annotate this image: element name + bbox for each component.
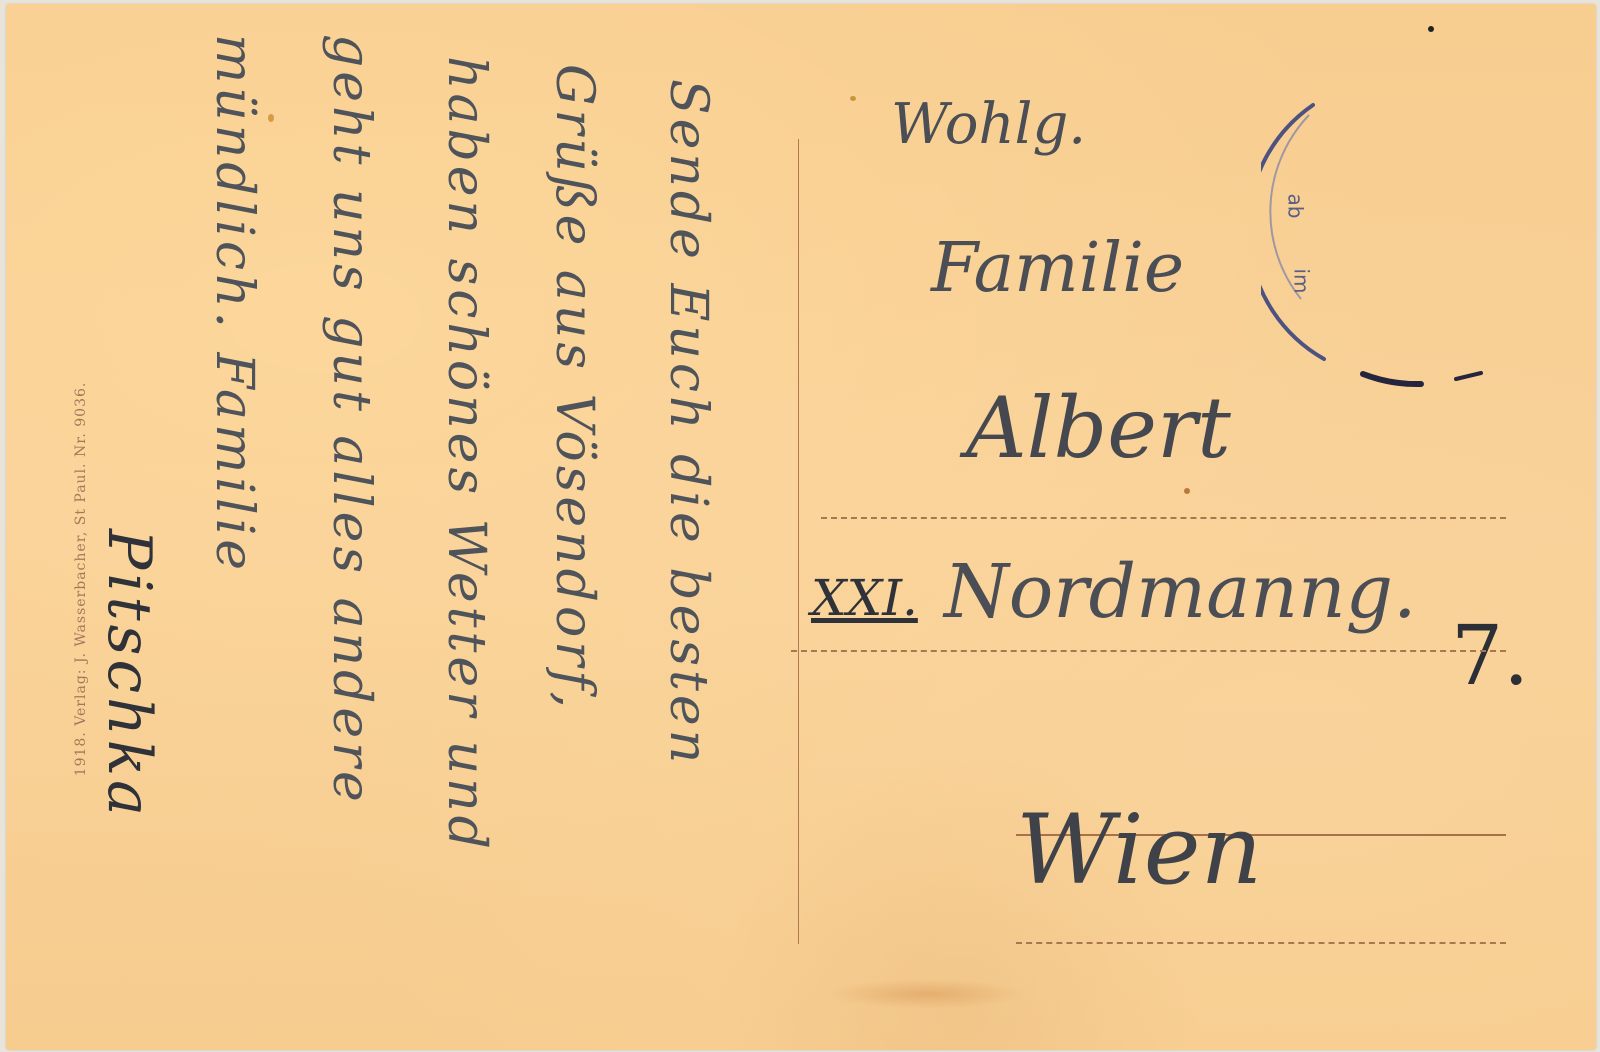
signature: Pitschka bbox=[94, 529, 164, 820]
address-rule-2 bbox=[791, 650, 1506, 652]
address-street: Nordmanng. bbox=[944, 549, 1417, 635]
address-salutation: Wohlg. bbox=[891, 92, 1086, 157]
message-line-4: geht uns gut alles andere bbox=[321, 34, 381, 806]
ink-speck bbox=[1428, 26, 1434, 32]
address-rule-4 bbox=[1016, 942, 1506, 944]
address-line-familie: Familie bbox=[931, 229, 1184, 308]
address-rule-1 bbox=[821, 517, 1506, 519]
center-divider bbox=[798, 139, 799, 944]
message-line-3: haben schönes Wetter und bbox=[436, 56, 496, 853]
message-line-2: Grüße aus Vösendorf, bbox=[544, 64, 604, 712]
water-stain bbox=[826, 979, 1026, 1009]
postcard: 1918. Verlag: J. Wasserbacher, St Paul. … bbox=[6, 4, 1596, 1050]
stain-speck bbox=[1184, 488, 1190, 494]
message-line-5: mündlich. Familie bbox=[204, 34, 264, 574]
publisher-imprint: 1918. Verlag: J. Wasserbacher, St Paul. … bbox=[73, 382, 89, 777]
message-line-1: Sende Euch die besten bbox=[658, 79, 718, 767]
address-city: Wien bbox=[1016, 794, 1262, 906]
postmark-text-2: im bbox=[1290, 268, 1314, 293]
stain-speck bbox=[850, 96, 856, 101]
postmark: ab im bbox=[1261, 99, 1561, 399]
address-line-name: Albert bbox=[966, 379, 1231, 477]
postmark-text-1: ab bbox=[1283, 194, 1307, 219]
postmark-circle-icon bbox=[1261, 99, 1561, 399]
address-house-number: 7. bbox=[1451, 609, 1529, 704]
stain-speck bbox=[268, 114, 274, 122]
address-district: XXI. bbox=[811, 569, 918, 627]
